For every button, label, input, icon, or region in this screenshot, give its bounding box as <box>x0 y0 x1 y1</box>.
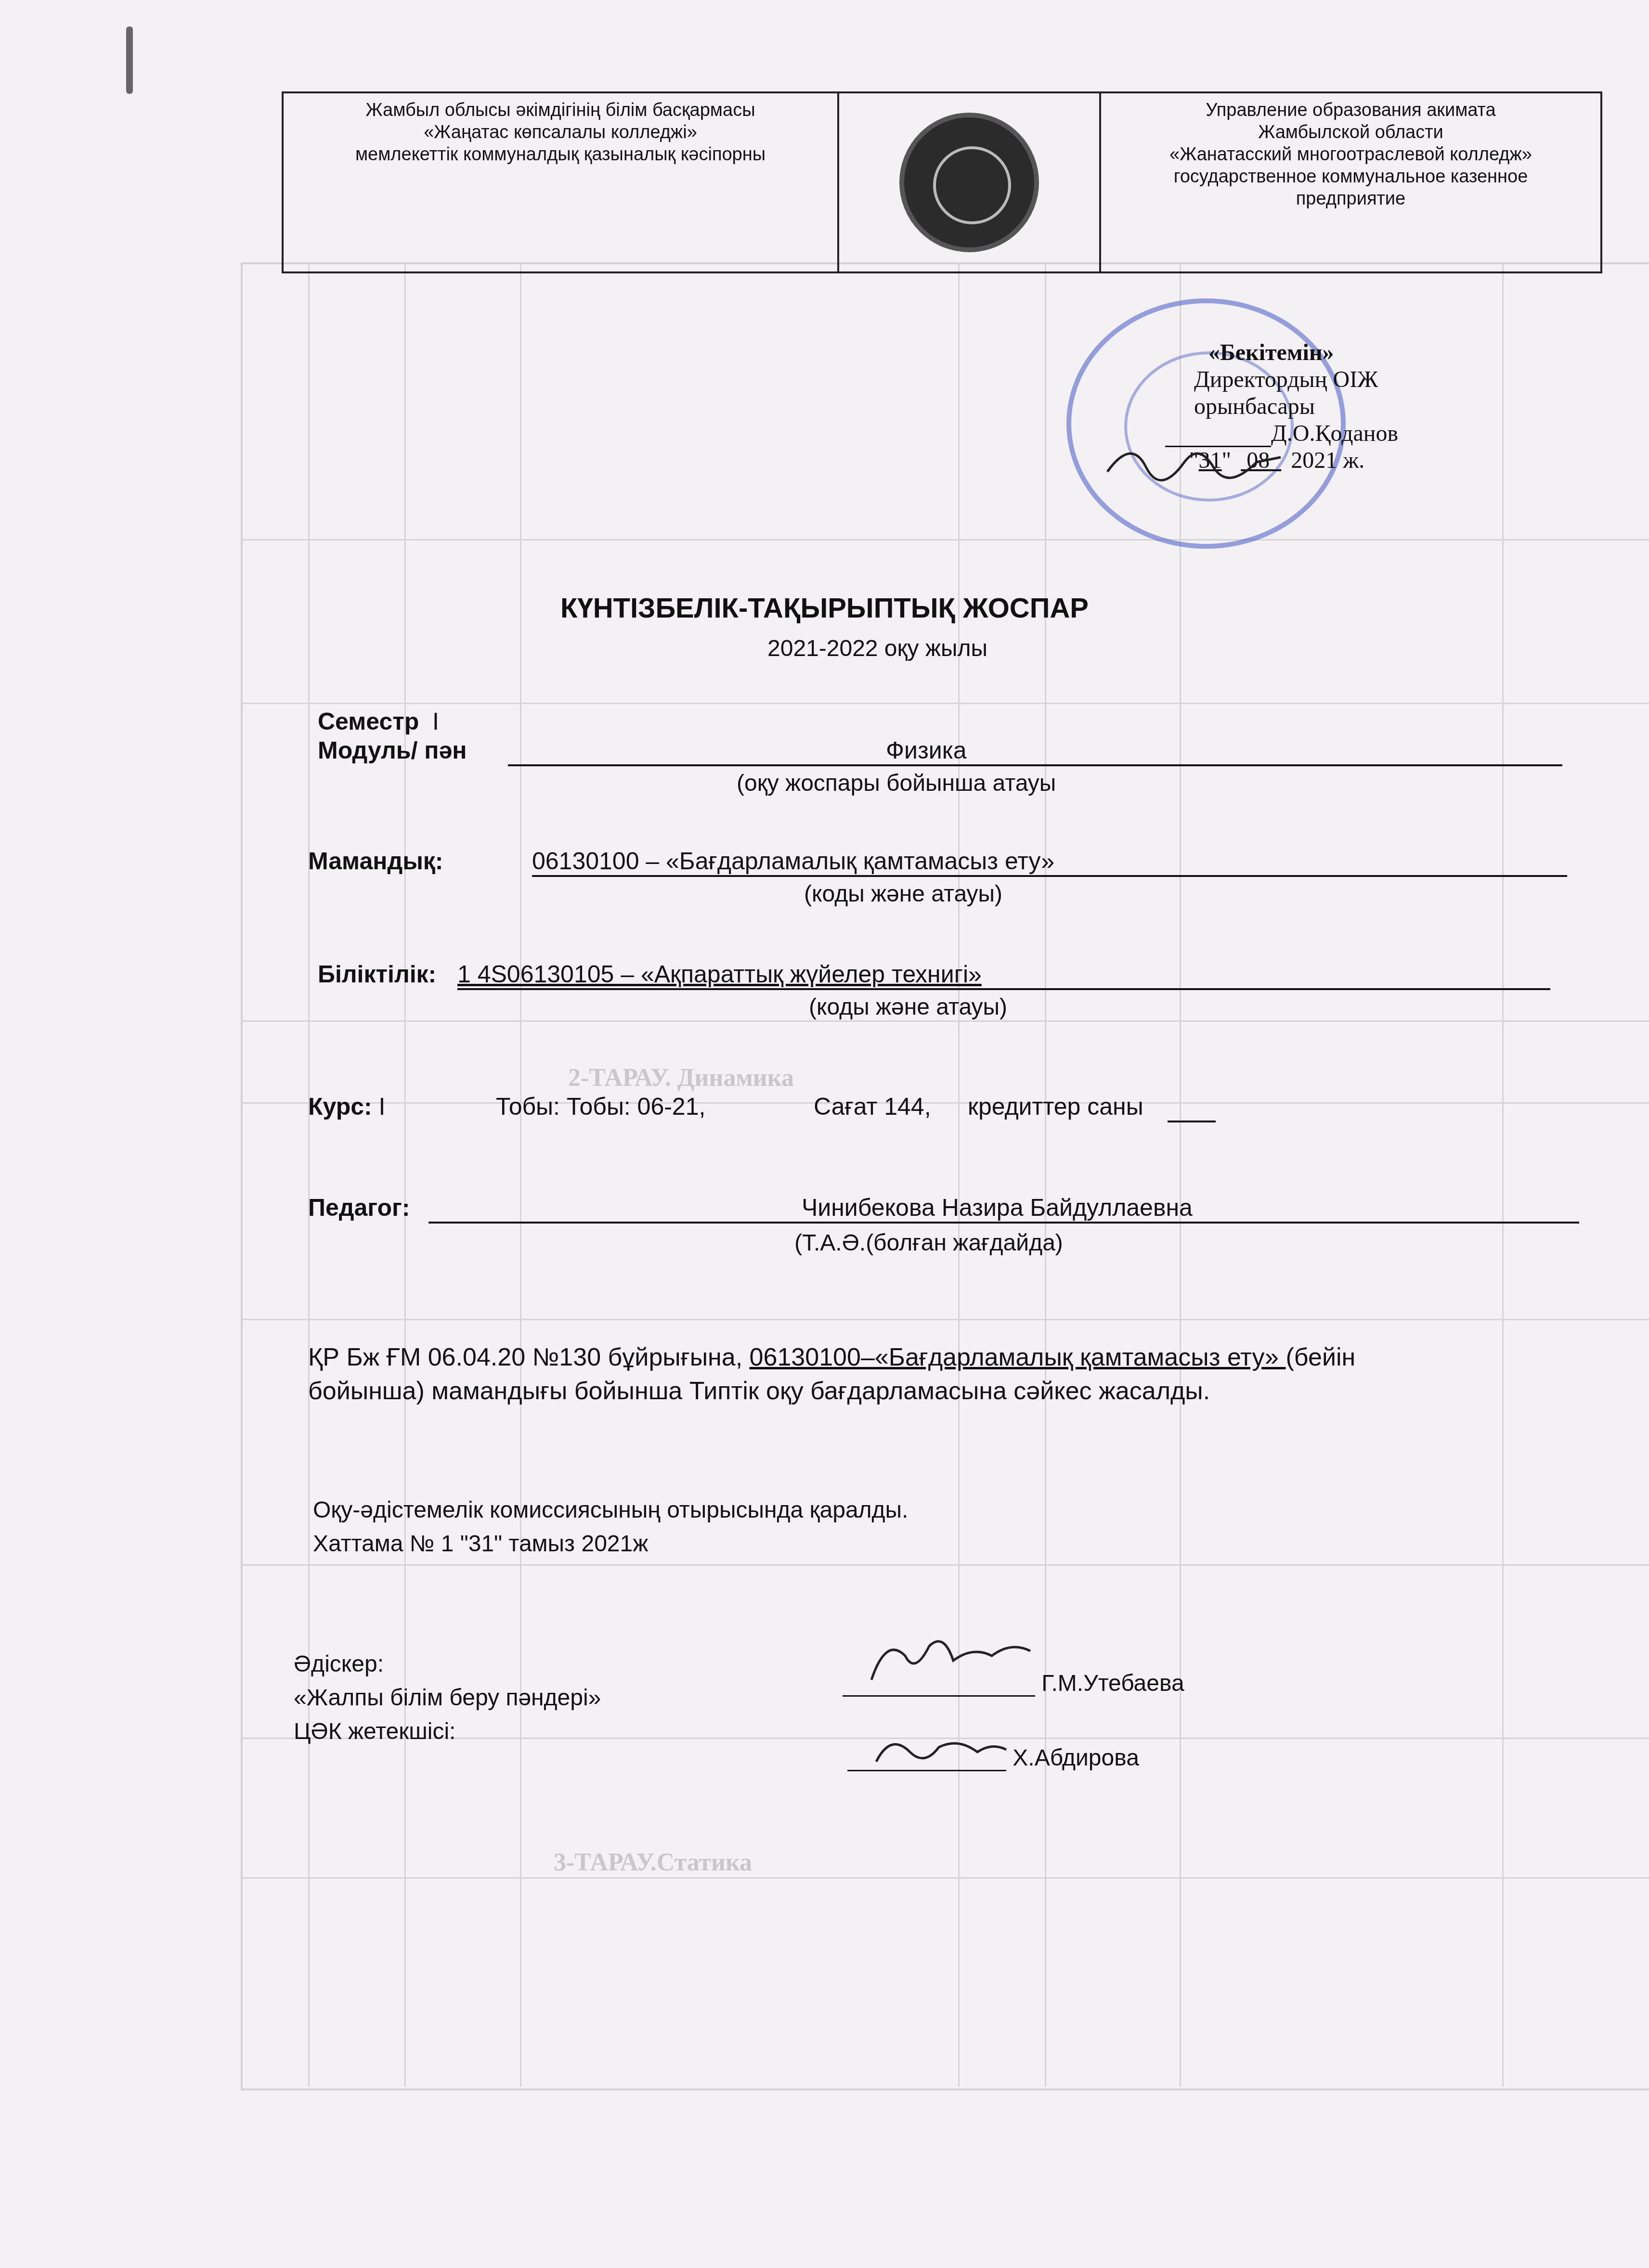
bleed-line <box>520 262 521 2087</box>
course-value: I <box>379 1093 386 1120</box>
approval-position: орынбасары <box>1194 393 1427 420</box>
module-row: Модуль/ пән Физика <box>318 736 467 764</box>
letterhead-kazakh: Жамбыл облысы әкімдігінің білім басқарма… <box>284 93 839 271</box>
bleed-through-table <box>241 262 1649 2090</box>
course-label: Курс: <box>308 1093 372 1120</box>
org-line: Жамбыл облысы әкімдігінің білім басқарма… <box>366 99 755 121</box>
methodist-name: Г.М.Утебаева <box>1041 1671 1184 1696</box>
bleed-line <box>958 262 960 2087</box>
methodist-signature-icon <box>857 1627 1040 1694</box>
approval-title: «Бекітемін» <box>1208 339 1441 366</box>
bleed-line <box>241 1102 1649 1104</box>
org-line: государственное коммунальное казенное <box>1174 166 1528 188</box>
qualification-label: Біліктілік: <box>318 961 436 988</box>
teacher-row: Педагог: Чинибекова Назира Байдуллаевна <box>308 1194 410 1222</box>
specialty-note: (коды және атауы) <box>804 881 1002 907</box>
semester-row: Семестр I <box>318 708 439 735</box>
semester-label: Семестр <box>318 708 419 735</box>
bleed-line <box>308 262 310 2087</box>
qualification-value: 1 4S06130105 – «Ақпараттық жүйелер техни… <box>457 960 982 988</box>
module-label: Модуль/ пән <box>318 737 467 764</box>
bleed-line <box>241 1020 1649 1022</box>
course-row: Курс: I Тобы: Тобы: 06-21, Сағат 144, кр… <box>308 1093 385 1121</box>
academic-year: 2021-2022 оқу жылы <box>0 635 1649 662</box>
methodist-label: Әдіскер: <box>294 1651 384 1677</box>
bleed-line <box>1502 262 1504 2087</box>
group-value: Тобы: Тобы: 06-21, <box>496 1093 705 1121</box>
org-line: «Жанатасский многоотраслевой колледж» <box>1169 143 1532 166</box>
letterhead: Жамбыл облысы әкімдігінің білім басқарма… <box>282 91 1602 273</box>
bleed-section: 3-ТАРАУ.Статика <box>554 1848 752 1877</box>
module-note: (оқу жоспары бойынша атауы <box>737 770 1056 797</box>
specialty-value: 06130100 – «Бағдарламалық қамтамасыз ету… <box>532 847 1054 875</box>
module-value: Физика <box>886 736 967 764</box>
specialty-row: Мамандық: 06130100 – «Бағдарламалық қамт… <box>308 847 443 875</box>
college-emblem-icon <box>899 113 1039 252</box>
bleed-line <box>404 262 406 2087</box>
bleed-line <box>241 539 1649 541</box>
approver-signature-icon <box>1103 433 1285 491</box>
org-line: мемлекеттік коммуналдық қазыналық кәсіпо… <box>355 143 766 166</box>
semester-value: I <box>432 708 439 735</box>
bleed-line <box>241 1564 1649 1566</box>
binder-mark <box>126 26 133 94</box>
org-line: Управление образования акимата <box>1206 99 1495 121</box>
document-title: КҮНТІЗБЕЛІК-ТАҚЫРЫПТЫҚ ЖОСПАР <box>0 592 1649 624</box>
head-signature-icon <box>867 1723 1011 1781</box>
letterhead-emblem-cell <box>839 93 1101 271</box>
approver-name: Д.О.Қоданов <box>1271 421 1398 446</box>
qualification-note: (коды және атауы) <box>809 994 1007 1020</box>
commission-text: Оқу-әдістемелік комиссиясының отырысында… <box>313 1497 908 1523</box>
org-line: Жамбылской области <box>1258 121 1443 143</box>
org-line: предприятие <box>1296 188 1405 210</box>
methodist-department: «Жалпы білім беру пәндері» <box>294 1685 601 1711</box>
bleed-section: 2-ТАРАУ. Динамика <box>568 1064 794 1092</box>
specialty-label: Мамандық: <box>308 848 443 875</box>
bleed-line <box>241 703 1649 704</box>
basis-order: ҚР Бж ҒМ 06.04.20 №130 бұйрығына, <box>308 1343 750 1371</box>
teacher-label: Педагог: <box>308 1194 410 1221</box>
head-name: Х.Абдирова <box>1013 1745 1139 1771</box>
org-line: «Жаңатас көпсалалы колледжі» <box>424 121 697 143</box>
hours-value: Сағат 144, <box>814 1093 931 1121</box>
basis-line-2: бойынша) мамандығы бойынша Типтік оқу ба… <box>308 1377 1210 1405</box>
protocol-text: Хаттама № 1 "31" тамыз 2021ж <box>313 1531 648 1557</box>
qualification-row: Біліктілік: 1 4S06130105 – «Ақпараттық ж… <box>318 960 436 988</box>
basis-specialty: 06130100–«Бағдарламалық қамтамасыз ету» <box>750 1343 1286 1371</box>
approval-position: Директордың ОІЖ <box>1194 366 1427 393</box>
teacher-value: Чинибекова Назира Байдуллаевна <box>802 1194 1193 1222</box>
head-label: ЦӘК жетекшісі: <box>294 1718 455 1745</box>
bleed-line <box>241 1319 1649 1320</box>
bleed-line <box>1045 262 1046 2087</box>
letterhead-russian: Управление образования акимата Жамбылско… <box>1101 93 1600 271</box>
credits-label: кредиттер саны <box>968 1093 1143 1121</box>
basis-line-1: ҚР Бж ҒМ 06.04.20 №130 бұйрығына, 061301… <box>308 1343 1355 1372</box>
basis-profile: (бейін <box>1285 1343 1355 1371</box>
credits-value-blank <box>1168 1096 1216 1122</box>
teacher-note: (Т.А.Ә.(болған жағдайда) <box>794 1230 1063 1256</box>
date-year: 2021 ж. <box>1291 448 1364 473</box>
bleed-line <box>241 1877 1649 1879</box>
